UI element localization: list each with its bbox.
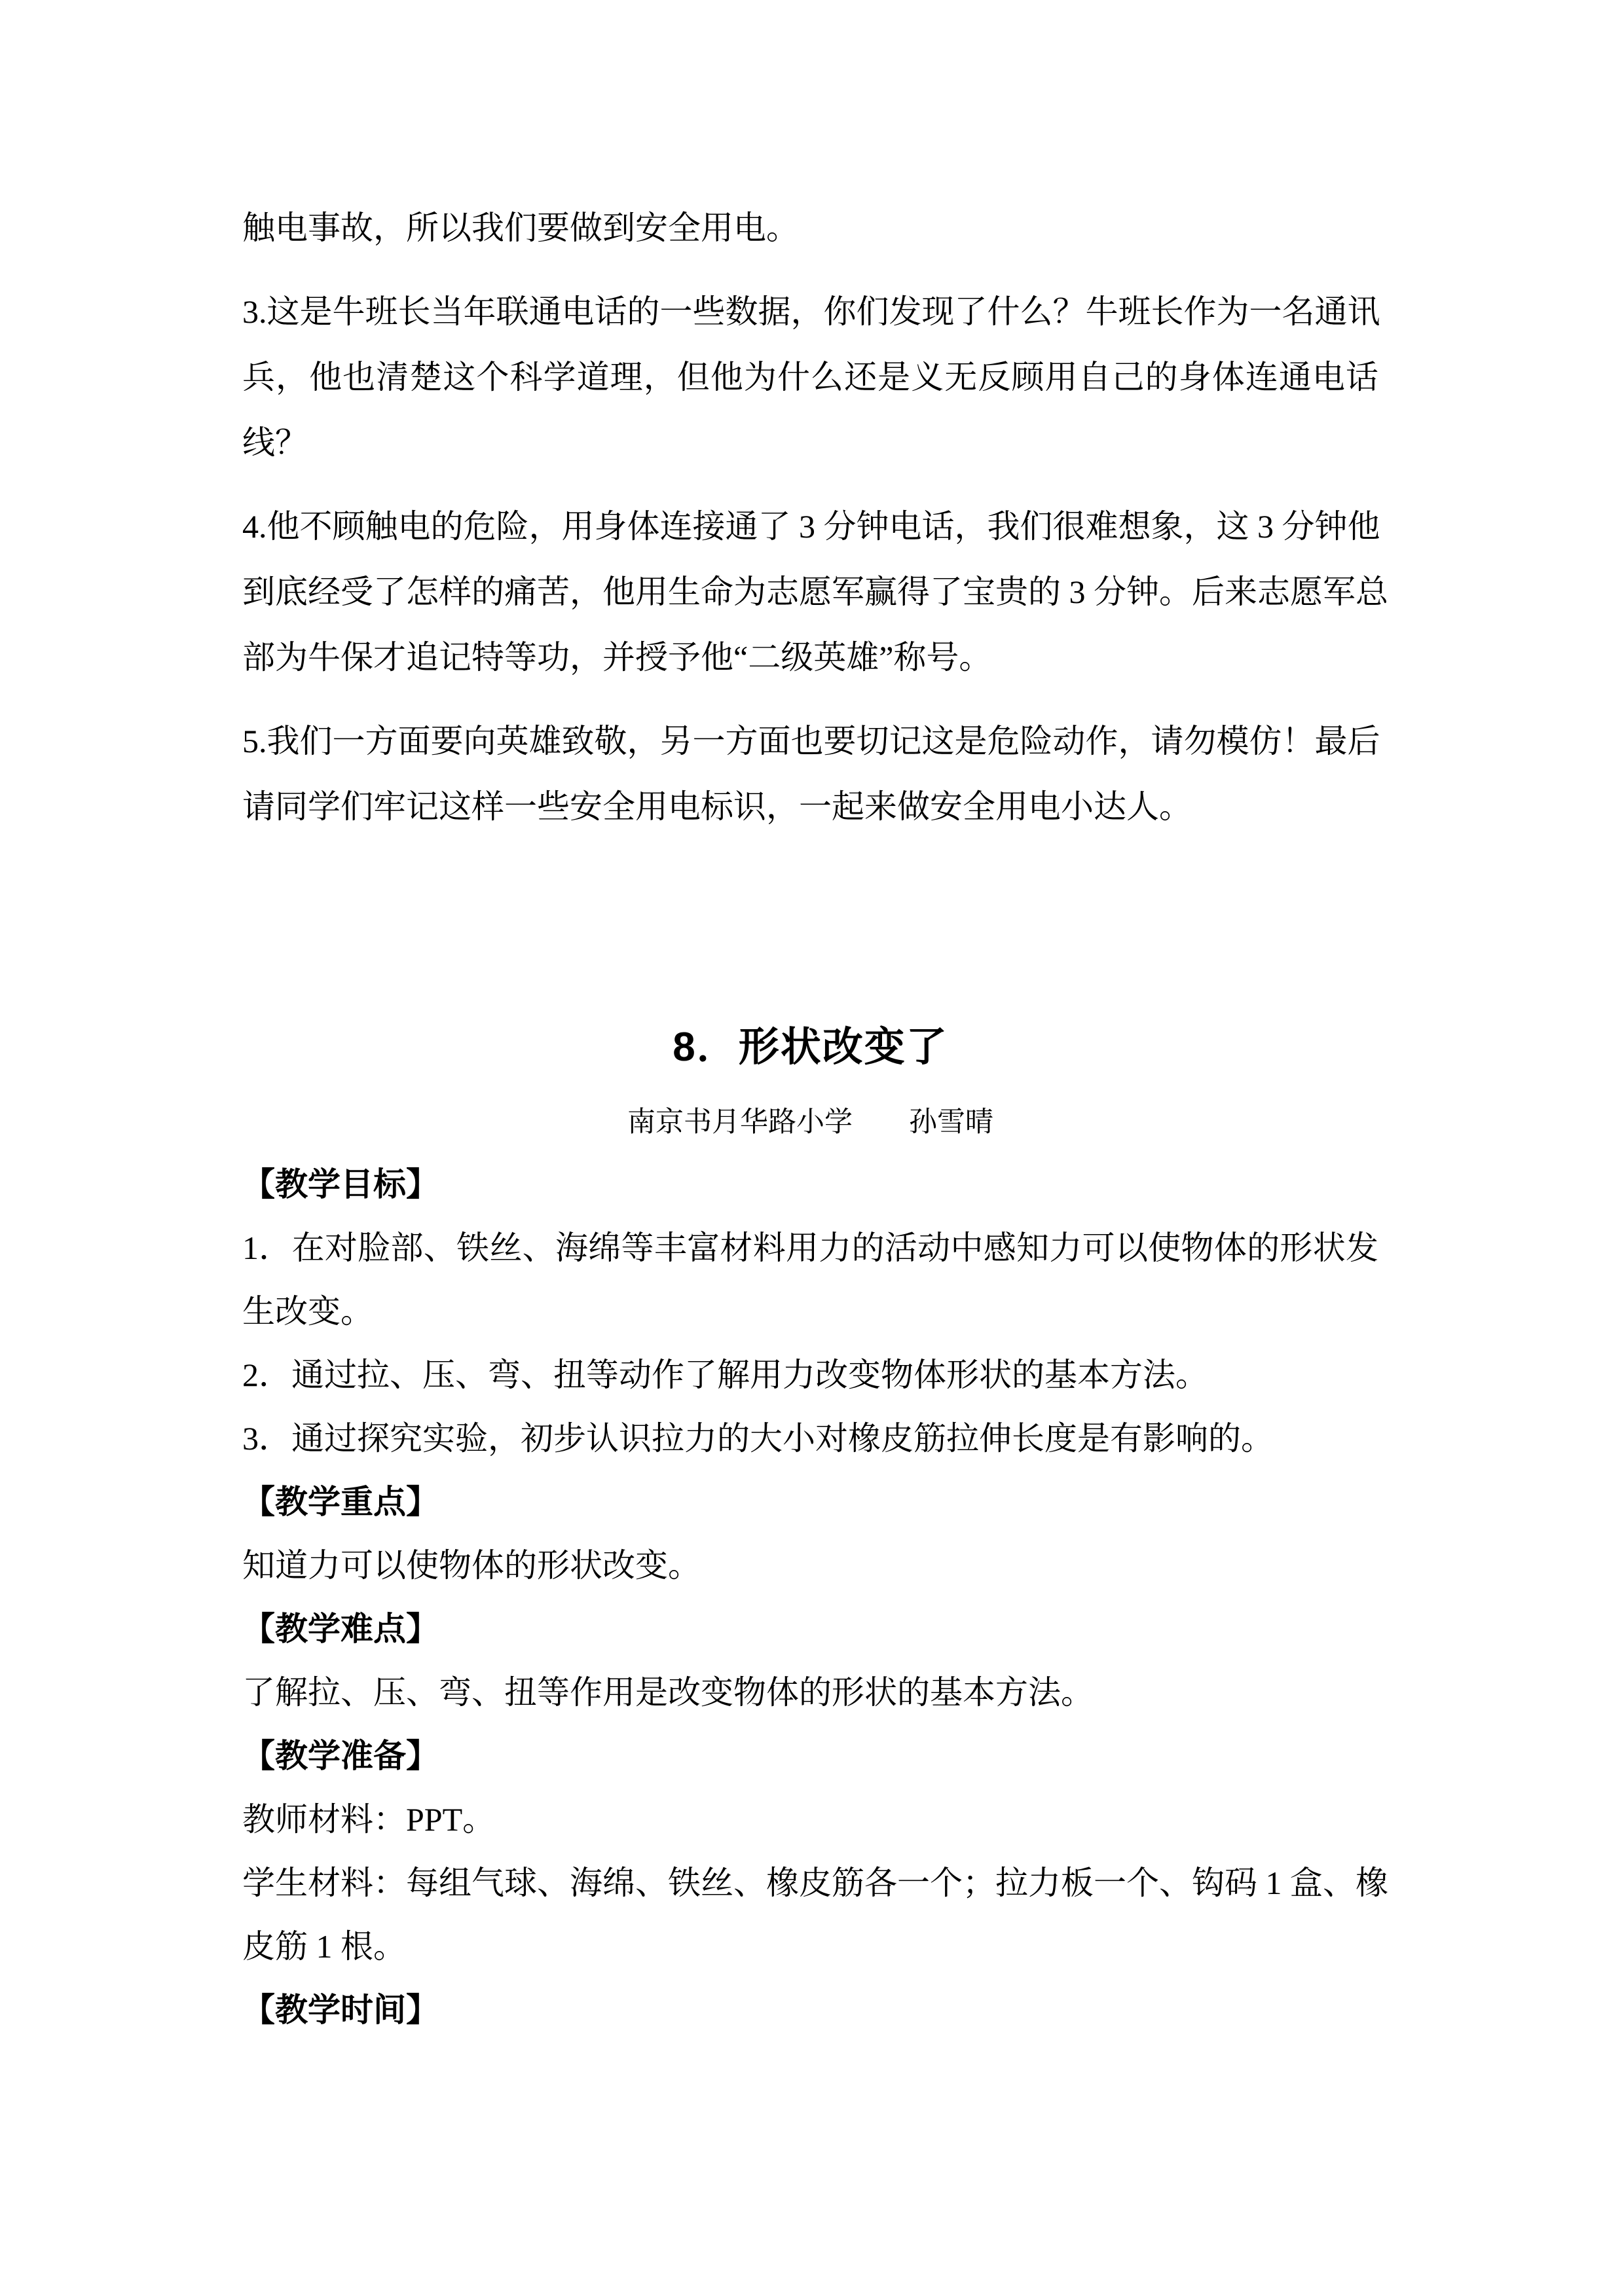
section-header-teaching-difficulty: 【教学难点】 — [242, 1597, 1378, 1661]
section-header-teaching-preparation: 【教学准备】 — [242, 1724, 1378, 1788]
preparation-student-line: 皮筋 1 根。 — [242, 1915, 1378, 1978]
paragraph-line: 请同学们牢记这样一些安全用电标识，一起来做安全用电小达人。 — [242, 774, 1378, 839]
section-header-teaching-time: 【教学时间】 — [242, 1978, 1378, 2042]
difficulty-text-line: 了解拉、压、弯、扭等作用是改变物体的形状的基本方法。 — [242, 1661, 1378, 1724]
paragraph-line: 部为牛保才追记特等功，并授予他“二级英雄”称号。 — [242, 625, 1378, 690]
paragraph: 触电事故，所以我们要做到安全用电。 — [242, 195, 1378, 261]
paragraph-line: 到底经受了怎样的痛苦，他用生命为志愿军赢得了宝贵的 3 分钟。后来志愿军总 — [242, 559, 1378, 625]
document-page: 触电事故，所以我们要做到安全用电。 3.这是牛班长当年联通电话的一些数据，你们发… — [0, 0, 1624, 2296]
previous-lesson-ending: 触电事故，所以我们要做到安全用电。 3.这是牛班长当年联通电话的一些数据，你们发… — [242, 195, 1378, 839]
paragraph: 4.他不顾触电的危险，用身体连接通了 3 分钟电话，我们很难想象，这 3 分钟他… — [242, 494, 1378, 690]
lesson-title: 8．形状改变了 — [242, 1008, 1378, 1087]
paragraph-line: 触电事故，所以我们要做到安全用电。 — [242, 195, 1378, 261]
goal-item-line: 3．通过探究实验，初步认识拉力的大小对橡皮筋拉伸长度是有影响的。 — [242, 1407, 1378, 1470]
lesson-byline: 南京书月华路小学 孙雪晴 — [242, 1095, 1378, 1151]
goal-item-line: 生改变。 — [242, 1280, 1378, 1343]
paragraph: 3.这是牛班长当年联通电话的一些数据，你们发现了什么？牛班长作为一名通讯 兵，他… — [242, 279, 1378, 475]
goal-item-line: 2．通过拉、压、弯、扭等动作了解用力改变物体形状的基本方法。 — [242, 1343, 1378, 1407]
paragraph: 5.我们一方面要向英雄致敬，另一方面也要切记这是危险动作，请勿模仿！最后 请同学… — [242, 708, 1378, 839]
preparation-student-line: 学生材料：每组气球、海绵、铁丝、橡皮筋各一个；拉力板一个、钩码 1 盒、橡 — [242, 1851, 1378, 1915]
section-header-teaching-focus: 【教学重点】 — [242, 1470, 1378, 1534]
paragraph-line: 3.这是牛班长当年联通电话的一些数据，你们发现了什么？牛班长作为一名通讯 — [242, 279, 1378, 344]
focus-text-line: 知道力可以使物体的形状改变。 — [242, 1534, 1378, 1597]
goal-item-line: 1．在对脸部、铁丝、海绵等丰富材料用力的活动中感知力可以使物体的形状发 — [242, 1216, 1378, 1280]
preparation-teacher-line: 教师材料：PPT。 — [242, 1788, 1378, 1851]
section-header-teaching-goals: 【教学目标】 — [242, 1153, 1378, 1216]
paragraph-line: 5.我们一方面要向英雄致敬，另一方面也要切记这是危险动作，请勿模仿！最后 — [242, 708, 1378, 774]
paragraph-line: 4.他不顾触电的危险，用身体连接通了 3 分钟电话，我们很难想象，这 3 分钟他 — [242, 494, 1378, 559]
paragraph-line: 兵，他也清楚这个科学道理，但他为什么还是义无反顾用自己的身体连通电话 — [242, 344, 1378, 410]
paragraph-line: 线？ — [242, 410, 1378, 475]
lesson-plan-body: 【教学目标】 1．在对脸部、铁丝、海绵等丰富材料用力的活动中感知力可以使物体的形… — [242, 1153, 1378, 2042]
